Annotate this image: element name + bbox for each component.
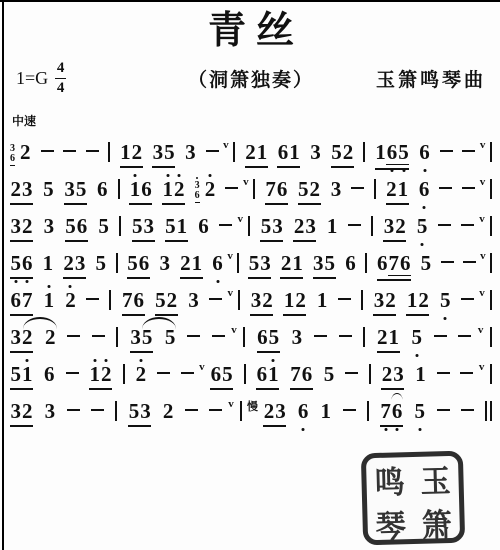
note-group: 6 [212,253,224,277]
note-digit: 6 [141,179,153,200]
duration-dash [437,409,450,411]
note-digit: 1 [292,253,304,274]
barline [490,253,492,273]
grace-note: 36 [195,181,200,204]
note-group: 6 [96,179,108,203]
duration-dash [348,224,361,226]
note-group: 76 [122,290,145,316]
note-digit: 3 [275,401,287,422]
note-digit: 3 [43,216,55,237]
note-digit: 2 [135,364,147,385]
double-barline [485,401,492,421]
note-group: 23 [381,364,404,390]
duration-dash [462,150,475,152]
note-digit: 6 [257,327,269,348]
time-numerator: 4 [57,61,65,76]
octave-dot-above [209,174,212,177]
duration-dash [441,261,454,263]
note-digit: 5 [298,179,310,200]
note-group: 5 [439,290,451,314]
barline [490,327,492,347]
duration-dash [91,409,104,411]
breath-mark: v [199,361,205,373]
note-digit: 1 [320,401,332,422]
note-group: 676 [377,253,412,281]
note-digit: 5 [165,216,177,237]
score-line: 32356553516v53231325v [10,213,492,250]
note-digit: 2 [309,179,321,200]
duration-dash [67,409,80,411]
note-group: 56 [65,216,88,242]
sixteenth-beam: 65 [386,142,409,165]
seal-char: 鸣 [374,456,405,503]
tempo-marking: 中速 [12,112,494,129]
note-digit: 1 [283,290,295,311]
note-digit: 3 [152,142,164,163]
note-digit: 2 [173,179,185,200]
note-digit: 2 [377,327,389,348]
breath-mark: v [479,287,485,299]
note-group: 76 [380,401,403,427]
note-group: 23 [293,216,316,242]
note-digit: 6 [277,142,289,163]
duration-dash [157,372,170,374]
octave-dot-below [423,169,426,172]
note-group: 5 [95,253,107,277]
note-group: 3 [44,401,56,425]
note-digit: 3 [313,253,325,274]
duration-dash [225,187,238,189]
grace-lower-digit: 6 [195,191,200,203]
note-group: 2 [135,364,147,388]
note-digit: 2 [162,401,174,422]
note-group: 56 [10,253,33,279]
key-label: 1=G [16,68,48,89]
barline [240,401,242,421]
duration-dash [181,372,194,374]
score-line: 2353561612362v76523216v [10,176,492,213]
note-group: 2 [204,179,216,203]
barline [116,327,118,347]
note-digit: 3 [10,327,22,348]
note-digit: 1 [326,216,338,237]
note-digit: 2 [101,364,113,385]
note-group: 12 [162,179,185,205]
note-digit: 3 [185,142,197,163]
breath-mark: v [237,213,243,225]
note-digit: 5 [248,253,260,274]
octave-dot-above [26,359,29,362]
note-digit: 5 [398,142,410,163]
note-group: 2 [20,142,32,166]
octave-dot-below [384,428,387,431]
note-digit: 2 [180,253,192,274]
note-group: 32 [10,216,33,242]
note-digit: 5 [268,327,280,348]
note-group: 6 [418,179,430,203]
octave-dot-below [26,280,29,283]
note-group: 12 [120,142,143,168]
octave-dot-above [272,359,275,362]
note-group: 3 [330,179,342,203]
note-group: 35 [152,142,175,168]
barline [118,179,120,199]
note-digit: 5 [128,401,140,422]
note-group: 1 [42,253,54,277]
breath-mark: v [231,324,237,336]
note-digit: 6 [345,253,357,274]
note-digit: 5 [164,142,176,163]
duration-dash [63,150,76,152]
note-digit: 1 [191,253,203,274]
note-group: 32 [10,327,33,353]
note-group: 1 [326,216,338,240]
duration-dash [219,224,232,226]
note-digit: 6 [138,253,150,274]
note-group: 6 [198,216,210,240]
note-digit: 5 [75,179,87,200]
note-digit: 6 [76,216,88,237]
note-group: 52 [298,179,321,205]
duration-dash [462,187,475,189]
note-group: 6 [345,253,357,277]
note-group: 5 [414,401,426,425]
octave-dot-above [196,177,198,179]
note-digit: 3 [64,179,76,200]
note-digit: 5 [127,253,139,274]
note-digit: 6 [386,142,398,163]
note-digit: 2 [20,142,32,163]
octave-dot-above [47,285,50,288]
note-group: 5 [323,364,335,388]
note-digit: 6 [212,253,224,274]
barline [490,364,492,384]
barline [248,216,250,236]
barline [233,142,235,162]
note-digit: 1 [256,142,268,163]
note-group: 23 [10,179,33,205]
note-group: 3 [185,142,197,166]
note-digit: 3 [143,216,155,237]
note-digit: 3 [22,179,34,200]
note-digit: 2 [293,216,305,237]
note-digit: 3 [305,216,317,237]
note-group: 6 [297,401,309,425]
note-digit: 1 [43,290,55,311]
note-digit: 5 [95,253,107,274]
sixteenth-beam: 76 [388,253,411,276]
duration-dash [66,372,79,374]
note-group: 165 [375,142,410,170]
note-group: 52 [155,290,178,316]
note-digit: 6 [44,364,56,385]
note-digit: 6 [297,401,309,422]
note-group: 53 [248,253,271,279]
note-group: 1 [415,364,427,388]
note-digit: 5 [164,327,176,348]
duration-dash [437,372,450,374]
barline [253,179,255,199]
octave-dot-above [134,174,137,177]
duration-dash [339,335,352,337]
note-group: 3 [188,290,200,314]
note-digit: 5 [10,253,22,274]
note-digit: 3 [260,253,272,274]
note-digit: 5 [323,364,335,385]
duration-dash [209,409,222,411]
breath-mark: v [479,361,485,373]
note-group: 5 [416,216,428,240]
breath-mark: v [478,324,484,336]
octave-dot-below [391,169,394,172]
note-digit: 5 [155,290,167,311]
duration-dash [345,372,358,374]
note-digit: 2 [65,290,77,311]
duration-dash [460,372,473,374]
duration-dash [209,298,222,300]
note-digit: 3 [130,327,142,348]
note-digit: 3 [10,216,22,237]
note-group: 2 [44,327,56,351]
note-digit: 5 [10,364,22,385]
barline [244,364,246,384]
barline [490,216,492,236]
note-group: 52 [331,142,354,168]
note-digit: 1 [120,142,132,163]
note-digit: 1 [397,179,409,200]
duration-dash [463,261,476,263]
note-group: 6 [419,142,431,166]
barline [367,401,369,421]
note-digit: 3 [250,290,262,311]
note-digit: 2 [22,216,34,237]
note-group: 1 [320,401,332,425]
note-digit: 5 [222,364,234,385]
breath-mark: v [480,176,486,188]
note-group: 65 [257,327,280,353]
note-digit: 3 [310,142,322,163]
note-group: 65 [210,364,233,390]
note-digit: 2 [395,216,407,237]
score-line: 322355v653215v [10,324,492,361]
grace-note: 36 [10,144,15,167]
note-digit: 6 [10,290,22,311]
note-group: 3 [310,142,322,166]
note-group: 32 [10,401,33,427]
note-group: 23 [263,401,286,427]
note-group: 12 [283,290,306,316]
duration-dash [206,150,219,152]
note-group: 61 [256,364,279,390]
note-group: 21 [245,142,268,168]
breath-mark: v [223,139,229,151]
duration-dash [187,335,200,337]
octave-dot-above [139,359,142,362]
note-group: 67 [10,290,33,316]
note-group: 32 [373,290,396,316]
note-digit: 7 [122,290,134,311]
octave-dot-above [105,359,108,362]
note-group: 2 [162,401,174,425]
note-group: 3 [159,253,171,277]
seal-char: 琴 [375,500,406,547]
note-digit: 3 [291,327,303,348]
breath-mark: v [227,287,233,299]
note-group: 21 [180,253,203,279]
barline [363,142,365,162]
duration-dash [86,150,99,152]
barline [374,179,376,199]
note-group: 76 [265,179,288,205]
note-digit: 5 [324,253,336,274]
note-digit: 3 [159,253,171,274]
grace-upper-digit: 3 [10,144,15,155]
note-group: 76 [290,364,313,390]
octave-dot-below [14,280,17,283]
note-group: 51 [165,216,188,242]
seal-char: 箫 [421,499,452,546]
note-group: 61 [277,142,300,168]
note-group: 12 [406,290,429,316]
barline [490,142,492,162]
barline [369,364,371,384]
note-digit: 1 [162,179,174,200]
note-group: 32 [250,290,273,316]
note-digit: 2 [386,179,398,200]
octave-dot-below [302,428,305,431]
duration-dash [314,335,327,337]
duration-dash [92,335,105,337]
note-digit: 5 [65,216,77,237]
duration-dash [461,409,474,411]
note-group: 56 [127,253,150,279]
note-digit: 1 [415,364,427,385]
note-digit: 6 [419,142,431,163]
note-group: 5 [98,216,110,240]
note-digit: 2 [262,290,274,311]
note-group: 53 [132,216,155,242]
note-digit: 1 [375,142,387,165]
note-group: 35 [313,253,336,279]
note-group: 53 [260,216,283,242]
octave-dot-above [166,174,169,177]
duration-dash [185,409,198,411]
barline [365,253,367,273]
grace-lower-digit: 6 [10,154,15,166]
barline [490,179,492,199]
octave-dot-below [421,243,424,246]
duration-dash [461,224,474,226]
duration-dash [434,335,447,337]
note-group: 21 [280,253,303,279]
note-digit: 2 [63,253,75,274]
breath-mark: v [480,250,486,262]
note-group: 3 [43,216,55,240]
note-digit: 5 [331,142,343,163]
note-group: 1 [316,290,328,314]
barline [108,142,110,162]
octave-dot-below [402,169,405,172]
note-digit: 2 [295,290,307,311]
barline [490,290,492,310]
note-digit: 6 [210,364,222,385]
note-digit: 2 [204,179,216,200]
note-group: 6 [44,364,56,388]
note-group: 53 [128,401,151,427]
note-digit: 2 [385,290,397,311]
note-digit: 3 [393,364,405,385]
note-digit: 6 [301,364,313,385]
header-meta-row: 1=G 4 4 （洞箫独奏） 玉箫鸣琴曲 [8,54,494,104]
note-digit: 7 [290,364,302,385]
note-digit: 5 [420,253,432,274]
duration-dash [351,187,364,189]
score-line: 561235563216v53213566765v [10,250,492,287]
breath-mark: v [227,250,233,262]
duration-dash [67,335,80,337]
duration-dash [338,298,351,300]
note-digit: 1 [268,364,280,385]
note-digit: 3 [188,290,200,311]
note-group: 5 [43,179,55,203]
breath-mark: v [243,176,249,188]
note-digit: 6 [418,179,430,200]
score-line: 671276523v3212132125v [10,287,492,324]
note-group: 16 [129,179,152,205]
tempo-change-text: 慢 [247,398,258,414]
note-digit: 1 [406,290,418,311]
note-digit: 6 [276,179,288,200]
barline [361,290,363,310]
note-digit: 1 [42,253,54,274]
note-digit: 2 [381,364,393,385]
sheet-music-page: 青丝 1=G 4 4 （洞箫独奏） 玉箫鸣琴曲 中速 36212353v2161… [0,0,500,435]
duration-dash [86,298,99,300]
note-group: 32 [383,216,406,242]
seal-char: 玉 [420,455,451,502]
note-digit: 7 [265,179,277,200]
note-digit: 2 [263,401,275,422]
note-group: 51 [10,364,33,390]
note-group: 35 [64,179,87,205]
note-digit: 1 [89,364,101,385]
note-digit: 2 [10,179,22,200]
note-digit: 6 [198,216,210,237]
barline [363,327,365,347]
breath-mark: v [479,213,485,225]
barline [109,290,111,310]
note-digit: 5 [414,401,426,422]
note-digit: 1 [388,327,400,348]
note-group: 12 [89,364,112,390]
note-group: 1 [43,290,55,314]
note-digit: 3 [272,216,284,237]
octave-dot-above [69,285,72,288]
barline [119,216,121,236]
octave-dot-below [444,317,447,320]
note-digit: 1 [316,290,328,311]
note-digit: 3 [74,253,86,274]
note-digit: 5 [43,179,55,200]
score-line: 36212353v21613521656v [10,139,492,176]
note-digit: 6 [391,401,403,422]
duration-dash [458,335,471,337]
duration-dash [440,150,453,152]
barline [116,253,118,273]
note-digit: 1 [289,142,301,163]
note-group: 3 [291,327,303,351]
score-line: 516122v6561765231v [10,361,492,398]
